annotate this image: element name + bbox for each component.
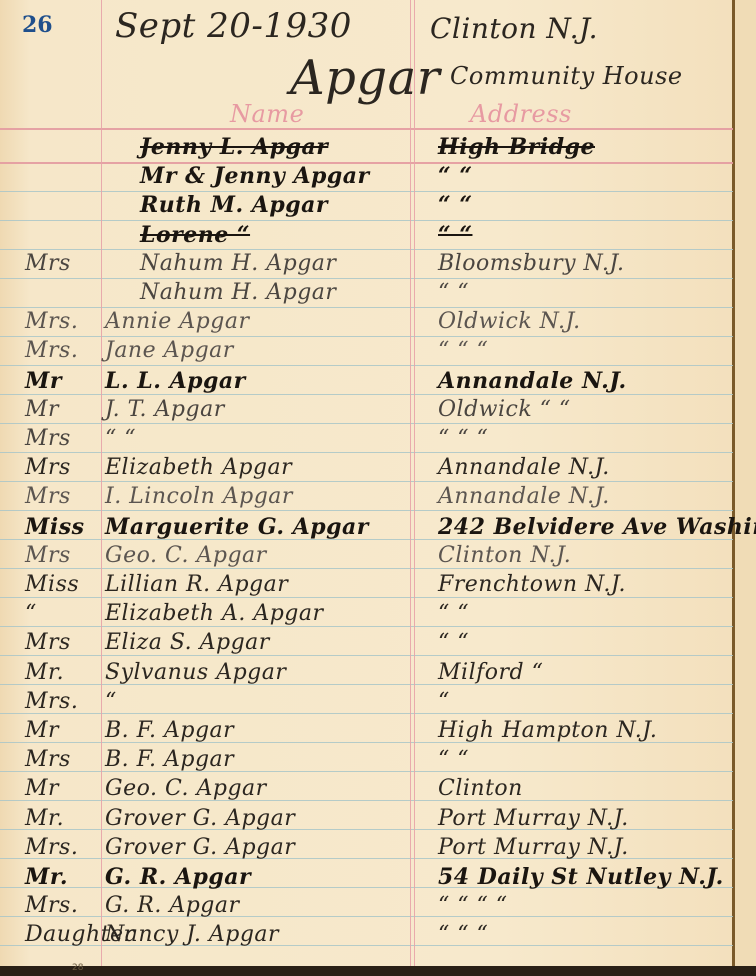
- entry-title: Miss: [25, 572, 79, 597]
- entry-addr: Annandale N.J.: [438, 455, 610, 480]
- entry-title: Mrs: [25, 543, 71, 568]
- entry-name: Sylvanus Apgar: [105, 660, 286, 685]
- entry-name: J. T. Apgar: [105, 397, 225, 422]
- column-divider-line-2: [414, 0, 415, 966]
- entry-name: Lillian R. Apgar: [105, 572, 288, 597]
- entry-title: Mrs.: [25, 338, 78, 363]
- book-gutter: [732, 0, 735, 966]
- ruled-line: [0, 336, 733, 337]
- ruled-line: [0, 481, 733, 482]
- ruled-line: [0, 568, 733, 569]
- entry-addr: “ “ “: [438, 338, 488, 363]
- entry-title: Mrs: [25, 484, 71, 509]
- entry-title: Mrs.: [25, 309, 78, 334]
- column-header-name: Name: [230, 100, 304, 128]
- entry-title: Mr: [25, 776, 59, 801]
- entry-addr: “ “: [438, 192, 472, 218]
- entry-title: Mrs: [25, 630, 71, 655]
- entry-title: Mrs: [25, 747, 71, 772]
- page-bottom-edge: [0, 966, 756, 976]
- entry-addr: Annandale N.J.: [438, 484, 610, 509]
- entry-addr: Clinton N.J.: [438, 543, 571, 568]
- entry-title: Mr: [25, 368, 62, 394]
- entry-name: Ruth M. Apgar: [140, 192, 328, 218]
- entry-name: “ “: [105, 426, 136, 451]
- entry-name: L. L. Apgar: [105, 368, 246, 394]
- entry-name: Marguerite G. Apgar: [105, 514, 369, 540]
- entry-name: Grover G. Apgar: [105, 806, 295, 831]
- entry-addr: “ “ “: [438, 426, 488, 451]
- entry-addr: Port Murray N.J.: [438, 835, 629, 860]
- adjacent-page-edge: [734, 0, 756, 966]
- entry-addr: High Hampton N.J.: [438, 718, 657, 743]
- entry-name: Elizabeth Apgar: [105, 455, 292, 480]
- left-margin-line: [101, 0, 102, 966]
- entry-addr: “ “: [438, 222, 472, 248]
- entry-name: Eliza S. Apgar: [105, 630, 270, 655]
- header-date: Sept 20-1930: [115, 6, 352, 46]
- header-venue-community-house: Community House: [450, 62, 683, 90]
- entry-name: Jane Apgar: [105, 338, 234, 363]
- ruled-line: [0, 394, 733, 395]
- entry-addr: Port Murray N.J.: [438, 806, 629, 831]
- entry-name: Lorene “: [140, 222, 250, 248]
- entry-name: Mr & Jenny Apgar: [140, 163, 370, 189]
- entry-addr: Bloomsbury N.J.: [438, 251, 624, 276]
- entry-addr: Annandale N.J.: [438, 368, 627, 394]
- ruled-line: [0, 220, 733, 221]
- entry-name: Geo. C. Apgar: [105, 776, 267, 801]
- entry-title: Mr.: [25, 660, 64, 685]
- entry-title: Mrs.: [25, 893, 78, 918]
- entry-addr: “ “: [438, 163, 472, 189]
- entry-addr: Milford “: [438, 660, 543, 685]
- entry-name: B. F. Apgar: [105, 747, 234, 772]
- entry-name: G. R. Apgar: [105, 864, 251, 890]
- entry-addr: Oldwick N.J.: [438, 309, 581, 334]
- column-divider-line-1: [410, 0, 411, 966]
- entry-title: Mrs.: [25, 835, 78, 860]
- entry-title: Mrs.: [25, 689, 78, 714]
- entry-name: I. Lincoln Apgar: [105, 484, 293, 509]
- entry-name: Annie Apgar: [105, 309, 249, 334]
- entry-addr: 54 Daily St Nutley N.J.: [438, 864, 724, 890]
- ruled-line: [0, 452, 733, 453]
- entry-addr: High Bridge: [438, 134, 595, 160]
- entry-addr: Oldwick “ “: [438, 397, 571, 422]
- page-number: 26: [22, 12, 53, 38]
- entry-title: Mr: [25, 718, 59, 743]
- entry-addr: “ “: [438, 601, 469, 626]
- entry-title: Miss: [25, 514, 84, 540]
- header-rule-top: [0, 128, 733, 130]
- entry-title: Mr: [25, 397, 59, 422]
- entry-addr: Frenchtown N.J.: [438, 572, 626, 597]
- entry-title: Mrs: [25, 426, 71, 451]
- column-header-address: Address: [470, 100, 572, 128]
- entry-addr: “ “: [438, 280, 469, 305]
- header-place: Clinton N.J.: [430, 12, 598, 45]
- entry-addr: “ “: [438, 747, 469, 772]
- ruled-line: [0, 307, 733, 308]
- ruled-line: [0, 423, 733, 424]
- entry-name: B. F. Apgar: [105, 718, 234, 743]
- entry-name: Grover G. Apgar: [105, 835, 295, 860]
- entry-addr: “ “ “: [438, 922, 488, 947]
- entry-addr: “ “ “ “: [438, 893, 507, 918]
- entry-name: Jenny L. Apgar: [140, 134, 328, 160]
- entry-addr: Clinton: [438, 776, 523, 801]
- entry-title: Mr.: [25, 864, 68, 890]
- entry-name: Nahum H. Apgar: [140, 280, 336, 305]
- entry-name: Nancy J. Apgar: [105, 922, 279, 947]
- entry-name: Nahum H. Apgar: [140, 251, 336, 276]
- ruled-line: [0, 365, 733, 366]
- ruled-line: [0, 510, 733, 511]
- entry-title: Mrs: [25, 251, 71, 276]
- entry-title: “: [25, 601, 37, 626]
- entry-addr: “ “: [438, 630, 469, 655]
- daughter-age-note: 28: [72, 963, 83, 973]
- entry-name: “: [105, 689, 117, 714]
- ruled-line: [0, 191, 733, 192]
- entry-name: Elizabeth A. Apgar: [105, 601, 324, 626]
- ruled-line: [0, 278, 733, 279]
- header-venue-apgar: Apgar: [290, 50, 440, 106]
- entry-title: Mrs: [25, 455, 71, 480]
- entry-name: Geo. C. Apgar: [105, 543, 267, 568]
- entry-addr: “: [438, 689, 450, 714]
- entry-title: Mr.: [25, 806, 64, 831]
- entry-addr: 242 Belvidere Ave Washington N.J.: [438, 514, 756, 540]
- entry-name: G. R. Apgar: [105, 893, 240, 918]
- ruled-line: [0, 597, 733, 598]
